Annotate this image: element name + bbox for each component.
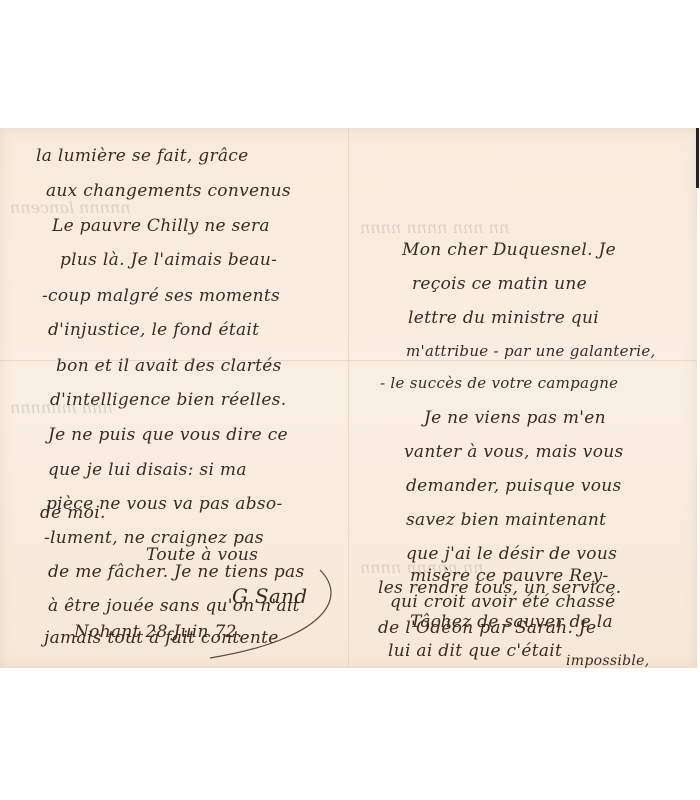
letter-line: pièce ne vous va pas abso- — [46, 494, 283, 514]
letter-line: bon et il avait des clartés — [56, 356, 282, 376]
letter-line: m'attribue - par une galanterie, — [406, 342, 656, 360]
letter-line: -lument, ne craignez pas — [44, 528, 264, 548]
letter-line: plus là. Je l'aimais beau- — [60, 250, 277, 270]
letter-line: à être jouée sans qu'on n'ait — [48, 596, 300, 616]
letter-line: Tâchez de sauver de la — [410, 612, 613, 632]
letter-line: jamais tout à fait contente — [44, 628, 279, 648]
letter-line: Je ne puis que vous dire ce — [48, 425, 288, 445]
letter-line: demander, puisque vous — [406, 476, 622, 496]
letter-line: - le succès de votre campagne — [380, 374, 618, 392]
letter-line: Mon cher Duquesnel. Je — [402, 240, 616, 260]
letter-line: d'intelligence bien réelles. — [50, 390, 286, 410]
letter-line: que je lui disais: si ma — [48, 460, 247, 480]
letter-line: la lumière se fait, grâce — [36, 146, 249, 166]
right-page: Mon cher Duquesnel. Je reçois ce matin u… — [350, 128, 697, 668]
letter-line: d'injustice, le fond était — [48, 320, 259, 340]
letter-line: Le pauvre Chilly ne sera — [52, 216, 270, 236]
letter-line: aux changements convenus — [46, 181, 291, 201]
letter-line: de me fâcher. Je ne tiens pas — [48, 562, 305, 582]
letter-line: reçois ce matin une — [412, 274, 587, 294]
letter-line: vanter à vous, mais vous — [404, 442, 624, 462]
letter-line: Je ne viens pas m'en — [424, 408, 606, 428]
letter-line: -coup malgré ses moments — [42, 286, 280, 306]
letter-line: lettre du ministre qui — [408, 308, 599, 328]
left-page: la lumière se fait, grâce aux changement… — [0, 128, 348, 668]
letter-line: savez bien maintenant — [406, 510, 606, 530]
letter-line: que j'ai le désir de vous — [406, 544, 617, 564]
letter-line: les rendre tous, un service. — [378, 578, 621, 598]
letter-sheet: nnnnn lancenn nnn mnnnnn nn nnn nnnn nnn… — [0, 128, 697, 668]
